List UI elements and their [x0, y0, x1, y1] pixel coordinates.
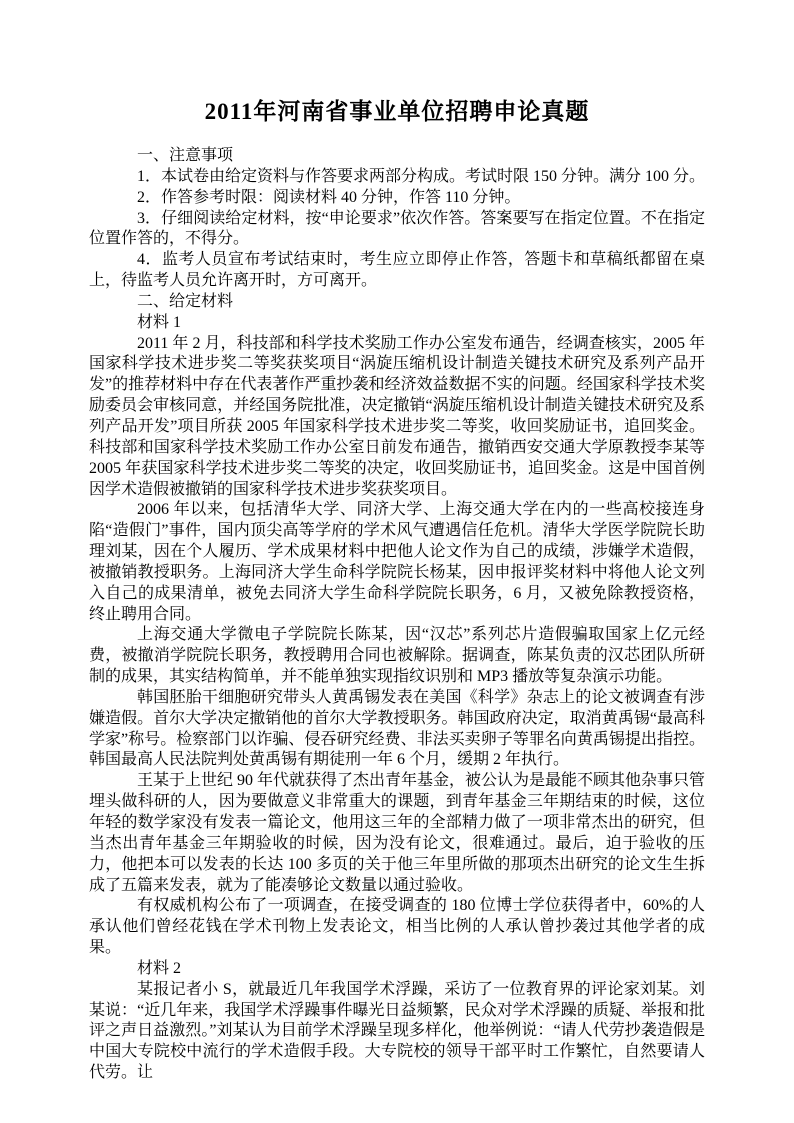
paragraph-body: 2011 年 2 月，科技部和科学技术奖励工作办公室发布通告，经调查核实，200… [89, 334, 705, 501]
document-page: 2011年河南省事业单位招聘申论真题 一、注意事项1．本试卷由给定资料与作答要求… [0, 0, 794, 1123]
paragraph-list-item: 3．仔细阅读给定材料，按“申论要求”依次作答。答案要写在指定位置。不在指定位置作… [89, 209, 705, 251]
document-title: 2011年河南省事业单位招聘申论真题 [89, 97, 705, 127]
paragraph-section-heading: 二、给定材料 [89, 292, 705, 313]
paragraph-body: 某报记者小 S，就最近几年我国学术浮躁，采访了一位教育界的评论家刘某。刘某说：“… [89, 980, 705, 1084]
document-body: 一、注意事项1．本试卷由给定资料与作答要求两部分构成。考试时限 150 分钟。满… [89, 146, 705, 1084]
paragraph-body: 上海交通大学微电子学院院长陈某，因“汉芯”系列芯片造假骗取国家上亿元经费，被撤消… [89, 625, 705, 688]
paragraph-body: 韩国胚胎干细胞研究带头人黄禹锡发表在美国《科学》杂志上的论文被调查有涉嫌造假。首… [89, 688, 705, 771]
paragraph-section-heading: 一、注意事项 [89, 146, 705, 167]
paragraph-body: 王某于上世纪 90 年代就获得了杰出青年基金，被公认为是最能不顾其他杂事只管埋头… [89, 771, 705, 896]
paragraph-material-heading: 材料 2 [89, 959, 705, 980]
paragraph-body: 2006 年以来，包括清华大学、同济大学、上海交通大学在内的一些高校接连身陷“造… [89, 500, 705, 625]
paragraph-body: 有权威机构公布了一项调查，在接受调查的 180 位博士学位获得者中，60%的人承… [89, 896, 705, 959]
paragraph-list-item: 4．监考人员宣布考试结束时，考生应立即停止作答，答题卡和草稿纸都留在桌上，待监考… [89, 250, 705, 292]
paragraph-list-item: 1．本试卷由给定资料与作答要求两部分构成。考试时限 150 分钟。满分 100 … [89, 167, 705, 188]
paragraph-material-heading: 材料 1 [89, 313, 705, 334]
paragraph-list-item: 2．作答参考时限：阅读材料 40 分钟，作答 110 分钟。 [89, 188, 705, 209]
